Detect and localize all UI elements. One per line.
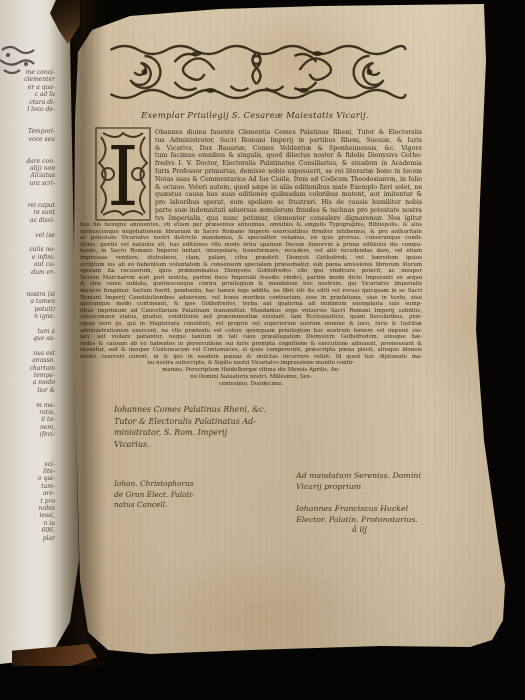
- fragment-line: n iu: [0, 520, 55, 527]
- text-line: quæstus causa has suas editiones quibusd…: [155, 191, 422, 199]
- fragment-line: sci-: [0, 461, 55, 468]
- fragment-line: [0, 224, 55, 231]
- fragment-line: c ad lu: [0, 91, 55, 98]
- fragment-line: [0, 113, 55, 120]
- privilege-text-lower: bus his benignè annuentes, vti etiam per…: [80, 222, 422, 360]
- fragment-line: tum à: [0, 328, 55, 335]
- signature-line: natus Cancell.: [105, 500, 255, 511]
- text-line: redes & causam ab eo habentes in persecu…: [80, 341, 422, 348]
- text-line: scriptum ius ab eo habentium voluntatem …: [80, 262, 422, 269]
- text-line: & Vicarivs, Dux Bauariæ, Comes Veldentiæ…: [155, 145, 422, 153]
- svg-text:I: I: [107, 130, 139, 221]
- fragment-line: n igne.: [0, 313, 55, 320]
- text-line: cuiuscunque status, gradus, conditionis …: [80, 314, 422, 321]
- book-photo: me conci-clementerer a qua-c ad luctura …: [0, 0, 525, 700]
- gathering-mark: â iij: [352, 525, 367, 534]
- text-line: impressas vendere, distrahere, clam, pal…: [80, 255, 422, 262]
- text-line: tionis, gentis vel nationis sit, has edi…: [80, 242, 422, 249]
- text-line: no Domini Saluatoris nostri, Millesimo, …: [80, 374, 422, 381]
- text-line: lari, aut violare patiantur, neque tantù…: [80, 334, 422, 341]
- fragment-line: amisso.: [0, 357, 55, 364]
- text-line: cipuè verò ijs, qui in Magistratu consti…: [80, 321, 422, 328]
- fragment-line: voce seu: [0, 136, 55, 143]
- fragment-line: culis no-: [0, 246, 55, 253]
- fragment-line: ra sunt: [0, 209, 55, 216]
- fragment-line: are-: [0, 490, 55, 497]
- fragment-line: o qui-: [0, 475, 55, 482]
- fragment-line: Alciatus: [0, 172, 55, 179]
- fragment-line: vel (se: [0, 232, 55, 239]
- signature-mandate: Ad mandatum Sereniss. DominiVicarij prop…: [287, 470, 447, 492]
- fragment-line: [0, 453, 55, 460]
- signature-line: Ad mandatum Sereniss. Domini: [287, 470, 447, 481]
- fragment-line: dum er-: [0, 269, 55, 276]
- fragment-line: [0, 320, 55, 327]
- fragment-line: plar: [0, 535, 55, 542]
- fragment-line: [0, 394, 55, 401]
- fragment-line: m ma-: [0, 402, 55, 409]
- signature-vicar: Iohannes Comes Palatinus Rheni, &c.Tutor…: [105, 404, 290, 450]
- text-line: tando, in Sacro Romano Imperio imitari, …: [80, 248, 422, 255]
- fragment-line: l loco de-: [0, 106, 55, 113]
- signature-line: de Grun Elect. Palati-: [105, 490, 255, 501]
- fragment-line: nus est: [0, 350, 55, 357]
- text-line: parte suæ indemnitati aduersus æmulorum …: [155, 207, 422, 215]
- fragment-line: er a qua-: [0, 84, 55, 91]
- signature-line: Vicarij proprium: [287, 481, 447, 492]
- privilege-text-closing: nu nostra subscripto, & Sigillo nostri V…: [80, 360, 422, 388]
- fragment-line: iessi,: [0, 512, 55, 519]
- signature-chancellor: Iohan. Christophorusde Grun Elect. Palat…: [105, 479, 255, 511]
- text-line: quibuscunque negotiationem librariam in …: [80, 229, 422, 236]
- fragment-line: nobis: [0, 505, 55, 512]
- fragment-line: a modo: [0, 379, 55, 386]
- signature-protonotary: Iohannes Franciscus HuckelElector. Palat…: [287, 503, 447, 525]
- fragment-line: me conci-: [0, 69, 55, 76]
- fragment-line: [0, 276, 55, 283]
- drop-cap-initial-I: I: [95, 127, 151, 221]
- text-line: bus his benignè annuentes, vti etiam per…: [80, 222, 422, 229]
- text-line: pro laboribus sperat, eum spoliare ac fr…: [155, 199, 422, 207]
- text-line: centesimo, Duodecimo.: [80, 381, 422, 388]
- text-line: tum facimus omnibus & singulis, quod dil…: [155, 152, 422, 160]
- signature-line: Elector. Palatin. Protonotarius.: [287, 514, 447, 525]
- text-line: mamus. Perscriptum Heidelbergæ vltima di…: [80, 367, 422, 374]
- fragment-line: lite-: [0, 468, 55, 475]
- signature-line: ministrator, S. Rom. Imperij: [105, 427, 290, 439]
- signature-line: Tutor & Electoralis Palatinatus Ad-: [105, 416, 290, 428]
- text-line: tueantur, sed & insuper Contumacem vel C…: [80, 347, 422, 354]
- signature-line: Iohan. Christophorus: [105, 479, 255, 490]
- fragment-line: rei caput: [0, 202, 55, 209]
- text-line: Ohannes diuina fauente Clementia Comes P…: [155, 129, 422, 137]
- woodcut-headpiece-ornament: [104, 40, 410, 104]
- text-line: quocunque modo contineant, & ipse Gothof…: [80, 301, 422, 308]
- fragment-line: [0, 439, 55, 446]
- fragment-line: potuit): [0, 306, 55, 313]
- fragment-line: [0, 187, 55, 194]
- fragment-line: (feci:: [0, 431, 55, 438]
- fragment-line: [0, 143, 55, 150]
- signature-line: Vicarius.: [105, 439, 290, 451]
- fragment-line: a tamen: [0, 298, 55, 305]
- fragment-line: dare con-: [0, 158, 55, 165]
- fragment-line: alij) non: [0, 165, 55, 172]
- fragment-line: [0, 446, 55, 453]
- text-line: fredvs I. V. Doctor, Electoralis Palatin…: [155, 160, 422, 168]
- fragment-line: ac disci-: [0, 217, 55, 224]
- fragment-line: ura scri-: [0, 180, 55, 187]
- text-line: Iuris Professor primarius, demissè nobis…: [155, 168, 422, 176]
- signature-line: Iohannes Franciscus Huckel: [287, 503, 447, 514]
- facing-page-text-fragments: me conci-clementerer a qua-c ad luctura …: [0, 69, 58, 542]
- fragment-line: que as-: [0, 335, 55, 342]
- privilege-page: Exemplar Priuilegij S. Cesareæ Maiestati…: [0, 0, 525, 662]
- fragment-line: [0, 342, 55, 349]
- fragment-line: [0, 121, 55, 128]
- fragment-line: [0, 283, 55, 290]
- fragment-line: Tempori-: [0, 128, 55, 135]
- signature-line: Iohannes Comes Palatinus Rheni, &c.: [105, 404, 290, 416]
- text-line: & octauo. Veteri autem, quod sæpe in ali…: [155, 184, 422, 192]
- text-line: Notas suas & Commentarios Ad Ius Ciuile,…: [155, 176, 422, 184]
- fragment-line: 606.: [0, 527, 55, 534]
- fragment-line: tempe-: [0, 372, 55, 379]
- fragment-line: e infini-: [0, 254, 55, 261]
- text-line: & sine venia sublata, quotiescunque cont…: [80, 281, 422, 288]
- text-line: tus Administrator, Sacri Romani Imperij …: [155, 137, 422, 145]
- fragment-line: nem,: [0, 424, 55, 431]
- text-line: tibus imprimum ad Cancellariam Palatinam…: [80, 308, 422, 315]
- fragment-line: [0, 239, 55, 246]
- fragment-line: clementer: [0, 76, 55, 83]
- fragment-line: ratis,: [0, 409, 55, 416]
- text-line: Romani Imperij Constitutionibus aduersum…: [80, 295, 422, 302]
- fragment-line: chartam: [0, 365, 55, 372]
- text-line: Decem Marcharvm auri puri mulcta, partim…: [80, 275, 422, 282]
- fragment-line: lior &: [0, 387, 55, 394]
- page-heading: Exemplar Priuilegij S. Cesareæ Maiestati…: [90, 110, 420, 120]
- text-line: operam ita recusorum, quos prænominatus …: [80, 268, 422, 275]
- fragment-line: tam-: [0, 483, 55, 490]
- fragment-line: ii ta-: [0, 416, 55, 423]
- text-line: munere fungimur, factum fuerit, pendenda…: [80, 288, 422, 295]
- fragment-line: aut cu-: [0, 261, 55, 268]
- facing-page-edge: me conci-clementerer a qua-c ad luctura …: [0, 0, 82, 664]
- fragment-line: nostra (si: [0, 291, 55, 298]
- fragment-line: [0, 195, 55, 202]
- text-line: ac potestate Vicariatvs nostri districtè…: [80, 235, 422, 242]
- text-line: administrationem exercent, ne vllo præte…: [80, 328, 422, 335]
- fragment-line: ctura di-: [0, 99, 55, 106]
- fragment-line: t pro: [0, 498, 55, 505]
- text-line: nu nostra subscripto, & Sigillo nostri V…: [80, 360, 422, 367]
- fragment-line: [0, 150, 55, 157]
- privilege-text-upper: Ohannes diuina fauente Clementia Comes P…: [155, 129, 422, 223]
